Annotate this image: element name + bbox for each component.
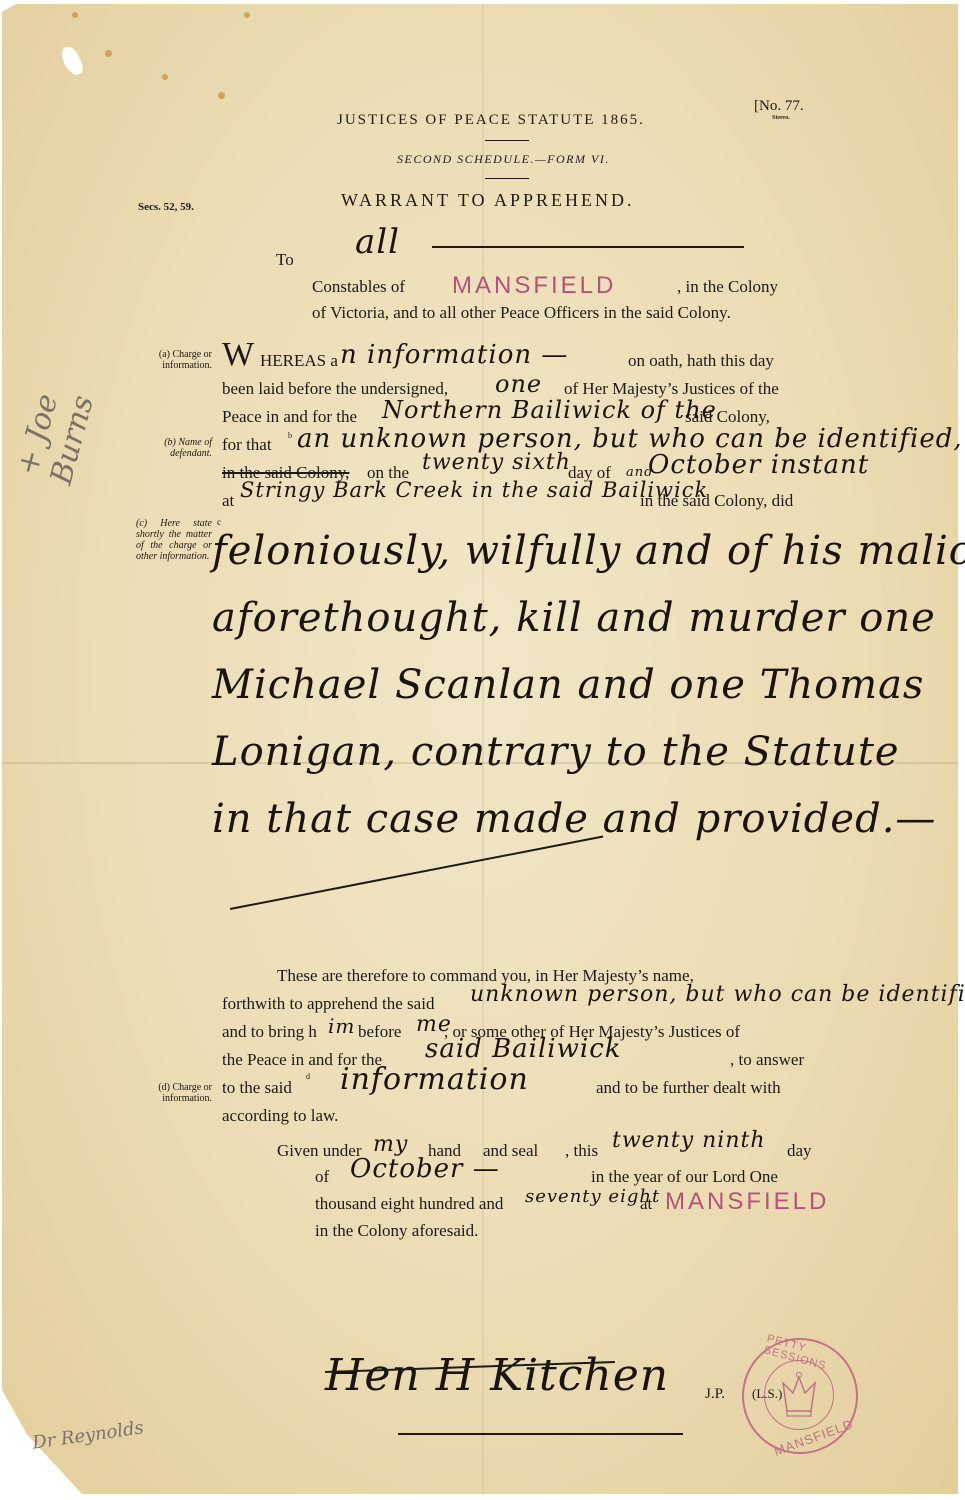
to-label: To [276,250,294,270]
handwritten-insert: and [626,465,653,480]
margin-note-d: (d) Charge or information. [132,1082,212,1104]
superscript: b [288,431,292,440]
printed-text: Given under [277,1141,362,1161]
handwritten-offence-month: October instant [648,450,869,480]
sections-label: Secs. 52, 59. [138,201,194,213]
divider [485,178,529,179]
handwritten-offence-location: Stringy Bark Creek in the said Bailiwick [240,478,708,502]
handwritten-jurisdiction: Northern Bailiwick of the [382,396,717,424]
handwritten-charge-ref: information [340,1062,529,1097]
superscript: c [217,517,221,527]
printed-text: of [315,1167,329,1187]
constables-suffix: , in the Colony [677,277,778,297]
printed-text: for that [222,435,272,455]
printed-text: HEREAS a [260,351,338,371]
handwritten-issue-day: twenty ninth [612,1128,766,1153]
mansfield-stamp-bottom: MANSFIELD [665,1188,829,1216]
foxing-spot [244,12,250,18]
jp-signature: Hen H Kitchen [325,1350,669,1401]
schedule-label: SECOND SCHEDULE.—FORM VI. [397,152,610,167]
printed-text: and to be further dealt with [596,1078,781,1098]
charge-line: Lonigan, contrary to the Statute [212,729,900,775]
foxing-spot [72,12,78,18]
fill-line [432,246,744,248]
stereo-label: Stereo. [772,115,790,121]
charge-line: in that case made and provided.— [212,796,936,842]
handwritten-charge-type: n information — [340,340,568,370]
constables-prefix: Constables of [312,277,405,297]
divider [485,140,529,141]
signature-underline [398,1433,683,1435]
handwritten-issue-month: October — [350,1154,500,1184]
printed-text: day [787,1141,812,1161]
margin-note-c: (c) Here state shortly the matter of the… [136,518,212,562]
printed-text: at [222,491,234,511]
address-line-2: of Victoria, and to all other Peace Offi… [312,303,731,323]
printed-text: on oath, hath this day [628,351,774,371]
mansfield-stamp: MANSFIELD [452,272,616,300]
paper-hole [58,44,85,78]
foxing-spot [218,92,225,99]
charge-line: aforethought, kill and murder one [212,595,936,641]
printed-text: before [358,1022,401,1042]
printed-text: at [640,1194,652,1214]
form-number: [No. 77. [754,98,804,115]
handwritten-offence-day: twenty sixth [422,450,571,475]
printed-text: in the year of our Lord One [591,1167,778,1187]
to-value: all [355,222,400,262]
drop-cap: W [222,336,254,374]
handwritten-pronoun: im [328,1014,355,1038]
printed-text: , this [565,1141,598,1161]
printed-text: and to bring h [222,1022,317,1042]
printed-text: , to answer [730,1050,804,1070]
printed-text: according to law. [222,1106,338,1126]
handwritten-defendant-ref: unknown person, but who can be identifie… [470,982,965,1007]
printed-text: forthwith to apprehend the said [222,994,434,1014]
printed-text: thousand eight hundred and [315,1194,503,1214]
jp-title: J.P. [705,1386,725,1403]
statute-title: JUSTICES OF PEACE STATUTE 1865. [337,112,645,129]
handwritten-justice-count: one [495,370,542,398]
charge-line: feloniously, wilfully and of his malice [212,528,965,574]
printed-text: to the said [222,1078,292,1098]
printed-text: in the said Colony, did [640,491,793,511]
margin-note-a: (a) Charge or information. [132,349,212,371]
document-title: WARRANT TO APPREHEND. [341,190,635,211]
superscript: d [306,1072,310,1081]
foxing-spot [162,74,168,80]
petty-sessions-seal: PETTY SESSIONS MANSFIELD [742,1338,858,1454]
charge-line: Michael Scanlan and one Thomas [212,662,924,708]
foxing-spot [105,50,112,57]
margin-note-b: (b) Name of defendant. [132,437,212,459]
handwritten-jurisdiction-ref: said Bailiwick [425,1034,622,1064]
printed-text: in the Colony aforesaid. [315,1221,478,1241]
